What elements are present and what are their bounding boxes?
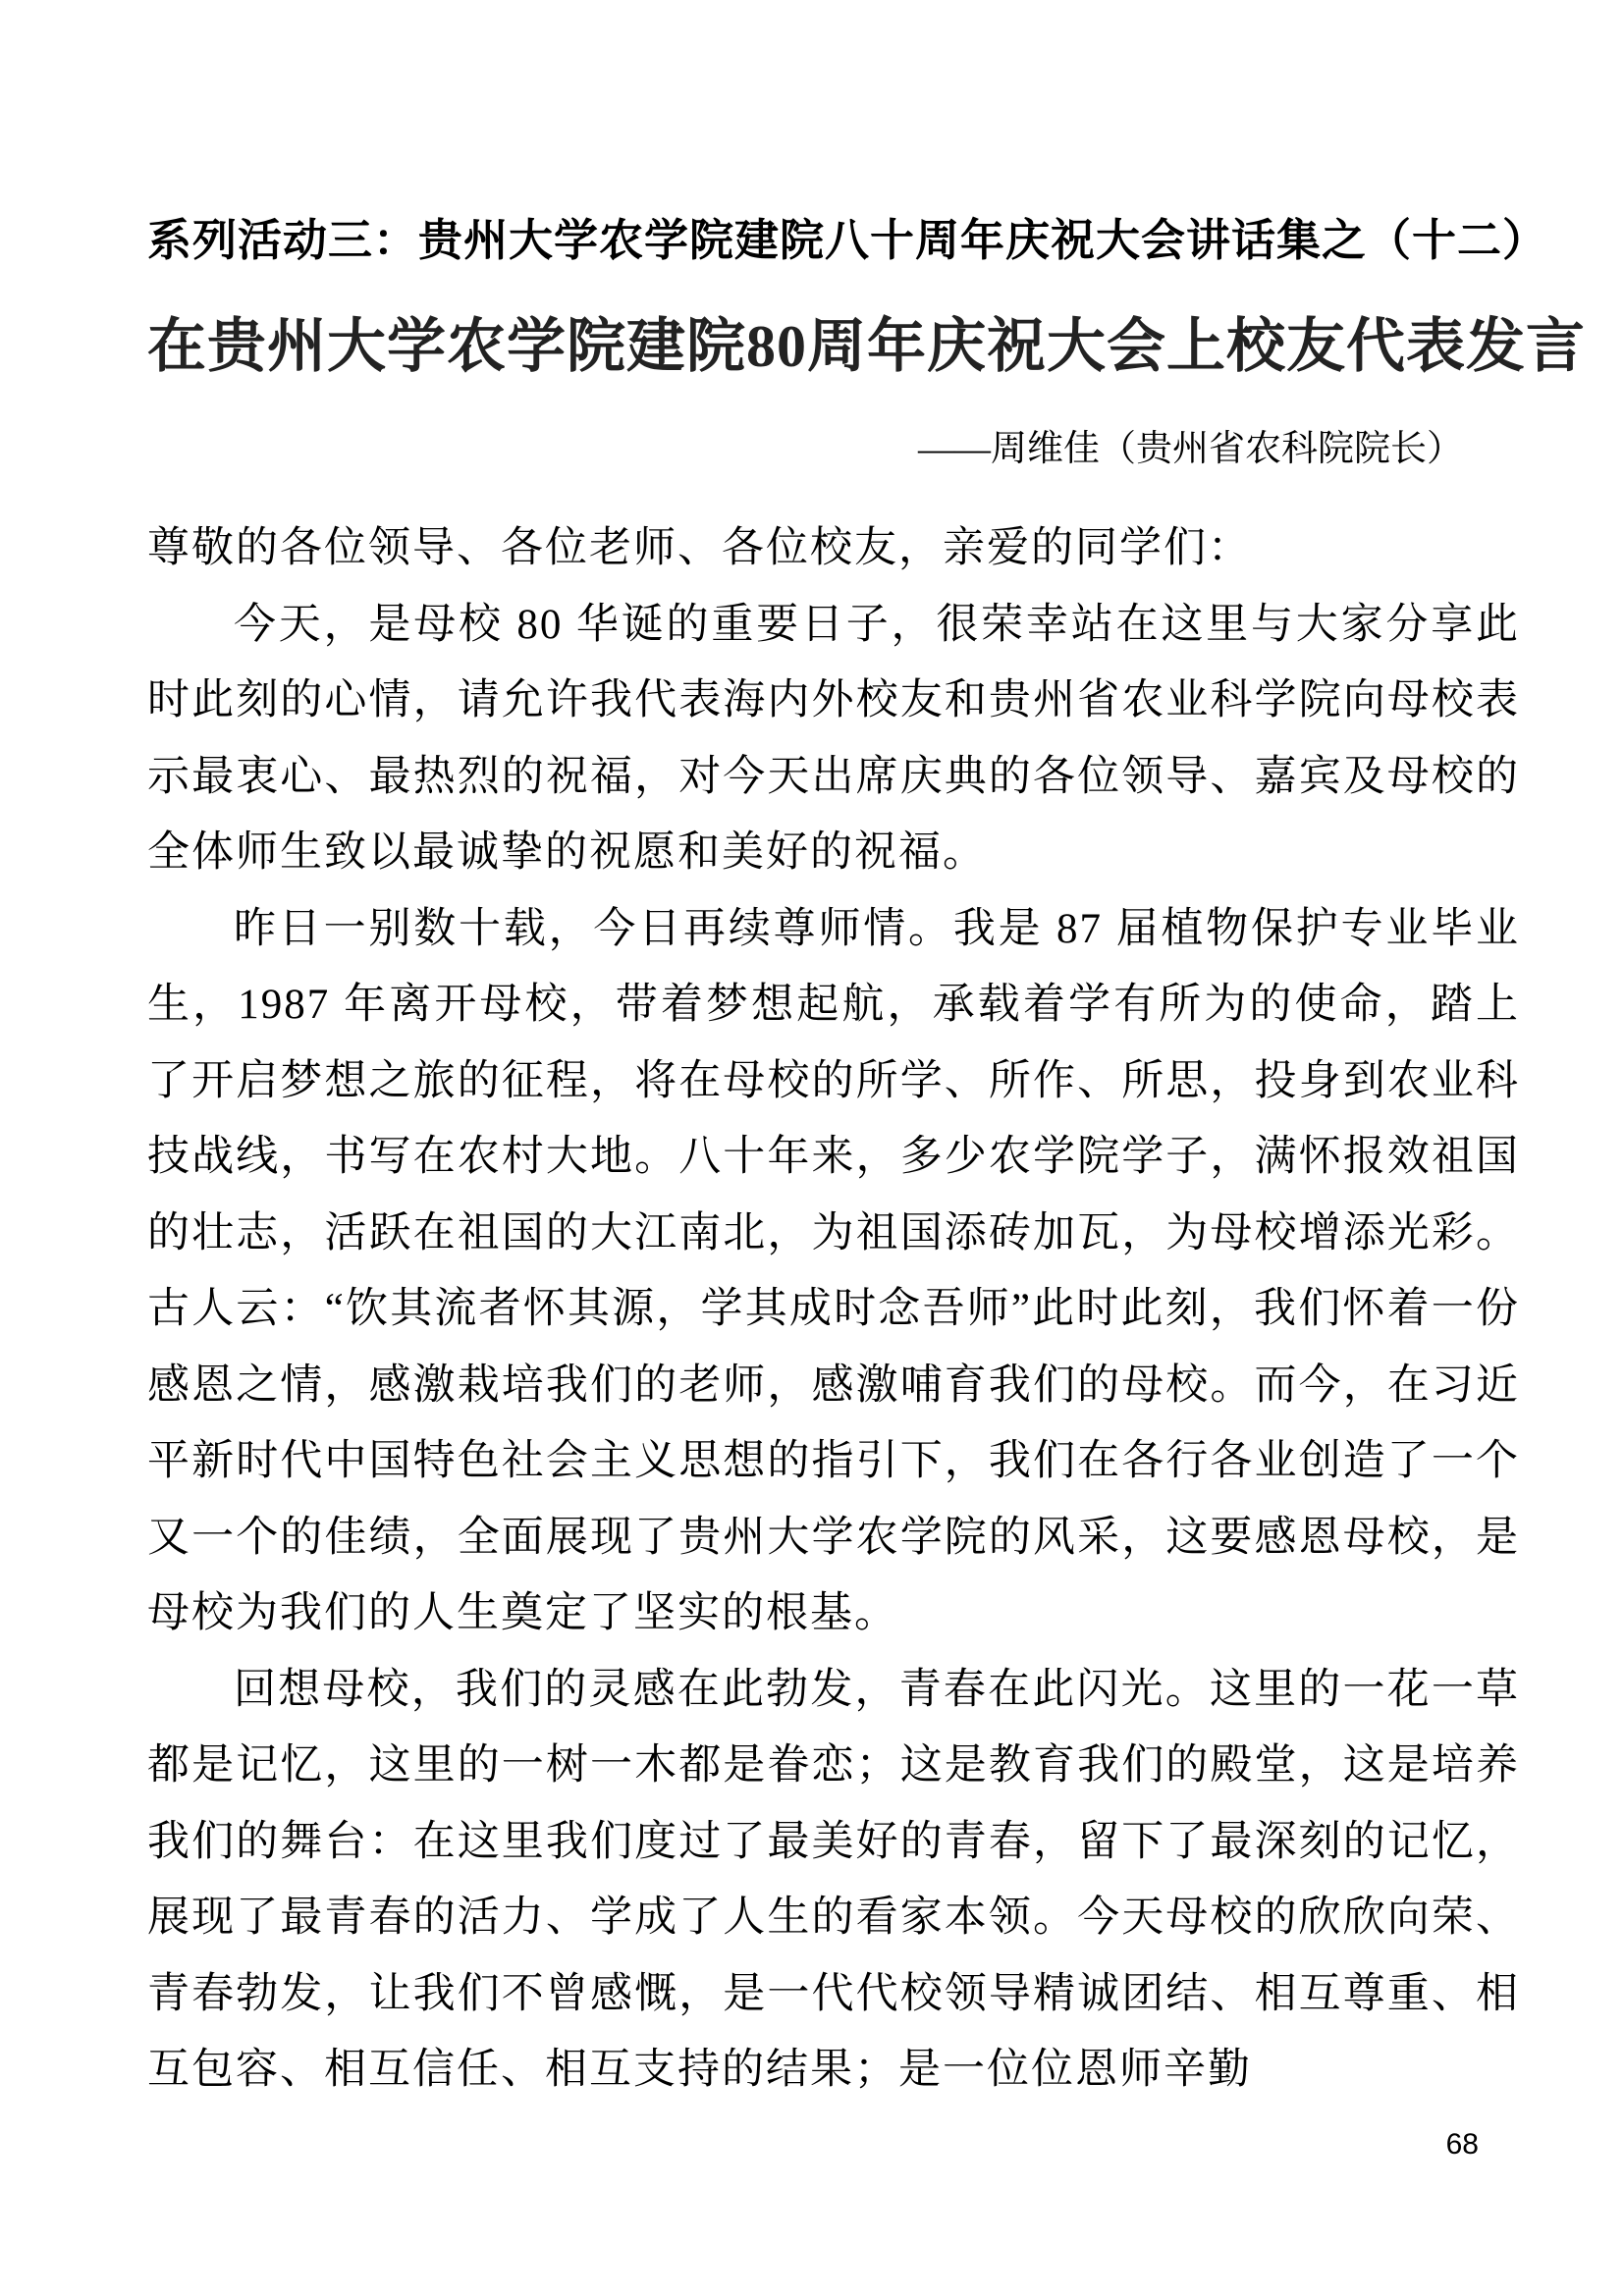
page-number: 68 xyxy=(1446,2128,1479,2162)
document-title: 在贵州大学农学院建院80周年庆祝大会上校友代表发言 xyxy=(147,312,1520,381)
paragraph-3: 回想母校，我们的灵感在此勃发，青春在此闪光。这里的一花一草都是记忆，这里的一树一… xyxy=(147,1652,1520,2109)
document-page: 系列活动三：贵州大学农学院建院八十周年庆祝大会讲话集之（十二） 在贵州大学农学院… xyxy=(0,0,1624,2296)
speech-body: 尊敬的各位领导、各位老师、各位校友，亲爱的同学们： 今天，是母校 80 华诞的重… xyxy=(147,510,1520,2109)
series-header: 系列活动三：贵州大学农学院建院八十周年庆祝大会讲话集之（十二） xyxy=(147,214,1520,267)
page-content: 系列活动三：贵州大学农学院建院八十周年庆祝大会讲话集之（十二） 在贵州大学农学院… xyxy=(0,0,1624,2109)
paragraph-1: 今天，是母校 80 华诞的重要日子，很荣幸站在这里与大家分享此时此刻的心情，请允… xyxy=(147,587,1520,891)
salutation-line: 尊敬的各位领导、各位老师、各位校友，亲爱的同学们： xyxy=(147,510,1520,587)
paragraph-2: 昨日一别数十载，今日再续尊师情。我是 87 届植物保护专业毕业生，1987 年离… xyxy=(147,891,1520,1652)
author-byline: ——周维佳（贵州省农科院院长） xyxy=(147,428,1520,471)
